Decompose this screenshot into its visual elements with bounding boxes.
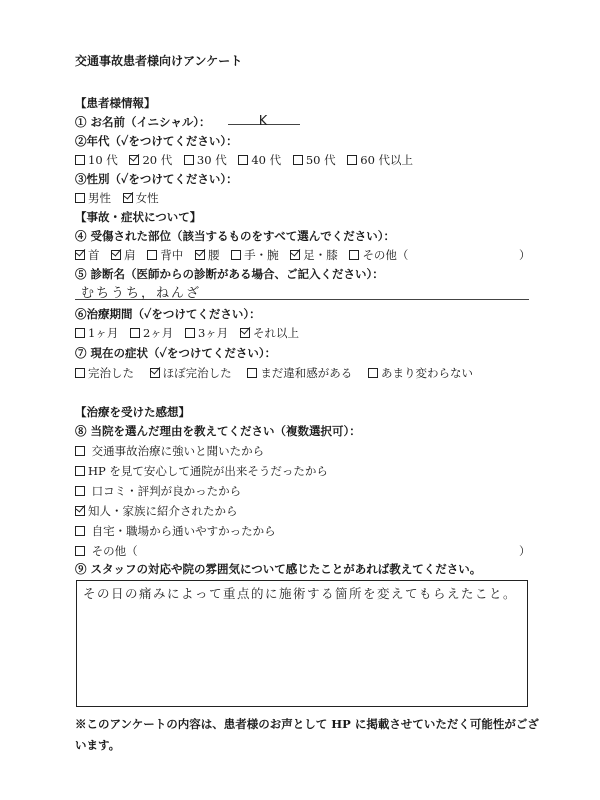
staff-feedback-value: その日の痛みによって重点的に施術する箇所を変えてもらえたこと。 <box>83 584 517 602</box>
option-label: 3ヶ月 <box>198 326 228 340</box>
age-option-10[interactable]: 10 代 <box>75 153 118 167</box>
option-label: HP を見て安心して通院が出来そうだったから <box>88 464 328 478</box>
q4-label: ④ 受傷された部位（該当するものをすべて選んでください）： <box>75 228 395 244</box>
option-label: 知人・家族に紹介されたから <box>88 504 238 518</box>
footer-note-line2: います。 <box>75 737 120 753</box>
checkbox[interactable] <box>75 466 85 476</box>
section-impression: 【治療を受けた感想】 <box>75 404 190 420</box>
footer-note-line1: ※このアンケートの内容は、患者様のお声として HP に掲載させていただく可能性が… <box>75 716 539 732</box>
staff-feedback-textarea[interactable]: その日の痛みによって重点的に施術する箇所を変えてもらえたこと。 <box>76 580 528 707</box>
checkbox[interactable] <box>185 328 195 338</box>
age-option-60plus[interactable]: 60 代以上 <box>347 153 413 167</box>
section-accident: 【事故・症状について】 <box>75 209 201 225</box>
period-option-1m[interactable]: 1ヶ月 <box>75 326 118 340</box>
option-label: 肩 <box>124 248 136 262</box>
option-label: 口コミ・評判が良かったから <box>92 484 242 498</box>
checkbox-checked[interactable] <box>129 155 139 165</box>
q5-label: ⑤ 診断名（医師からの診断がある場合、ご記入ください）： <box>75 266 384 282</box>
period-option-3m[interactable]: 3ヶ月 <box>185 326 228 340</box>
option-label: その他（ <box>92 544 138 558</box>
injury-option-lower-back[interactable]: 腰 <box>195 248 220 262</box>
checkbox-checked[interactable] <box>290 250 300 260</box>
current-symptom-options: 完治した ほぼ完治した まだ違和感がある あまり変わらない <box>75 365 481 381</box>
age-option-50[interactable]: 50 代 <box>293 153 336 167</box>
treatment-period-options: 1ヶ月 2ヶ月 3ヶ月 それ以上 <box>75 325 307 341</box>
age-options: 10 代 20 代 30 代 40 代 50 代 60 代以上 <box>75 152 421 168</box>
option-label: 40 代 <box>251 153 281 167</box>
option-label: 足・膝 <box>303 248 338 262</box>
checkbox[interactable] <box>238 155 248 165</box>
injury-options: 首 肩 背中 腰 手・腕 足・膝 その他（ <box>75 247 416 263</box>
option-label: 手・腕 <box>244 248 279 262</box>
gender-option-female[interactable]: 女性 <box>123 191 159 205</box>
checkbox[interactable] <box>75 486 85 496</box>
option-label: あまり変わらない <box>381 366 473 380</box>
initial-field[interactable]: K <box>228 110 300 125</box>
checkbox-checked[interactable] <box>111 250 121 260</box>
injury-option-shoulder[interactable]: 肩 <box>111 248 136 262</box>
period-option-2m[interactable]: 2ヶ月 <box>130 326 173 340</box>
injury-option-other[interactable]: その他（ <box>349 248 408 262</box>
option-label: 50 代 <box>306 153 336 167</box>
option-label: ほぼ完治した <box>163 366 232 380</box>
reason-option-referral[interactable]: 知人・家族に紹介されたから <box>75 503 238 519</box>
option-label: 交通事故治療に強いと聞いたから <box>92 444 265 458</box>
page-title: 交通事故患者様向けアンケート <box>75 52 242 69</box>
checkbox-checked[interactable] <box>123 193 133 203</box>
checkbox[interactable] <box>231 250 241 260</box>
option-label: 10 代 <box>88 153 118 167</box>
option-label: 自宅・職場から通いやすかったから <box>92 524 276 538</box>
option-label: 背中 <box>160 248 183 262</box>
reason-option-other[interactable]: その他（ <box>75 543 138 559</box>
q8-label: ⑧ 当院を選んだ理由を教えてください（複数選択可）： <box>75 423 361 439</box>
reason-option-reviews[interactable]: 口コミ・評判が良かったから <box>75 483 241 499</box>
period-option-more[interactable]: それ以上 <box>240 326 299 340</box>
option-label: 30 代 <box>197 153 227 167</box>
checkbox[interactable] <box>368 368 378 378</box>
injury-option-back[interactable]: 背中 <box>147 248 183 262</box>
checkbox-checked[interactable] <box>195 250 205 260</box>
checkbox[interactable] <box>75 368 85 378</box>
injury-option-neck[interactable]: 首 <box>75 248 100 262</box>
checkbox[interactable] <box>349 250 359 260</box>
symptom-option-unchanged[interactable]: あまり変わらない <box>368 366 473 380</box>
diagnosis-field[interactable]: むちうち，ねんざ <box>75 282 529 300</box>
symptom-option-discomfort[interactable]: まだ違和感がある <box>247 366 352 380</box>
reason-option-homepage[interactable]: HP を見て安心して通院が出来そうだったから <box>75 463 328 479</box>
checkbox-checked[interactable] <box>240 328 250 338</box>
option-label: 女性 <box>136 191 159 205</box>
q6-label: ⑥治療期間（✓をつけてください）： <box>75 306 261 322</box>
q3-label: ③性別（✓をつけてください）： <box>75 171 238 187</box>
initial-value: K <box>259 114 270 129</box>
option-label: 完治した <box>88 366 134 380</box>
checkbox[interactable] <box>75 546 85 556</box>
option-label: 腰 <box>208 248 220 262</box>
section-patient-info: 【患者様情報】 <box>75 95 156 111</box>
reason-option-accident-expertise[interactable]: 交通事故治療に強いと聞いたから <box>75 443 264 459</box>
checkbox[interactable] <box>247 368 257 378</box>
symptom-option-mostly-healed[interactable]: ほぼ完治した <box>150 366 232 380</box>
checkbox-checked[interactable] <box>150 368 160 378</box>
checkbox[interactable] <box>130 328 140 338</box>
checkbox[interactable] <box>293 155 303 165</box>
q1-label: ① お名前（イニシャル）： <box>75 114 211 130</box>
option-label: 20 代 <box>142 153 172 167</box>
checkbox-checked[interactable] <box>75 506 85 516</box>
option-label: 60 代以上 <box>360 153 413 167</box>
option-label: その他（ <box>362 248 408 262</box>
checkbox[interactable] <box>75 446 85 456</box>
injury-option-leg-knee[interactable]: 足・膝 <box>290 248 338 262</box>
gender-options: 男性 女性 <box>75 190 167 206</box>
checkbox[interactable] <box>347 155 357 165</box>
reason-other-close-paren: ） <box>519 543 531 559</box>
age-option-40[interactable]: 40 代 <box>238 153 281 167</box>
injury-option-hand-arm[interactable]: 手・腕 <box>231 248 279 262</box>
gender-option-male[interactable]: 男性 <box>75 191 111 205</box>
checkbox[interactable] <box>147 250 157 260</box>
option-label: 首 <box>88 248 100 262</box>
checkbox[interactable] <box>75 526 85 536</box>
checkbox[interactable] <box>184 155 194 165</box>
age-option-20[interactable]: 20 代 <box>129 153 172 167</box>
q7-label: ⑦ 現在の症状（✓をつけてください）： <box>75 345 276 361</box>
option-label: 男性 <box>88 191 111 205</box>
symptom-option-healed[interactable]: 完治した <box>75 366 134 380</box>
diagnosis-value: むちうち，ねんざ <box>81 286 201 301</box>
age-option-30[interactable]: 30 代 <box>184 153 227 167</box>
q2-label: ②年代（✓をつけてください）： <box>75 133 238 149</box>
option-label: まだ違和感がある <box>260 366 352 380</box>
option-label: それ以上 <box>253 326 299 340</box>
reason-option-convenient[interactable]: 自宅・職場から通いやすかったから <box>75 523 276 539</box>
option-label: 1ヶ月 <box>88 326 118 340</box>
checkbox[interactable] <box>75 155 85 165</box>
checkbox[interactable] <box>75 328 85 338</box>
injury-other-close-paren: ） <box>519 247 531 263</box>
option-label: 2ヶ月 <box>143 326 173 340</box>
q9-label: ⑨ スタッフの対応や院の雰囲気について感じたことがあれば教えてください。 <box>75 561 481 577</box>
checkbox-checked[interactable] <box>75 250 85 260</box>
checkbox[interactable] <box>75 193 85 203</box>
